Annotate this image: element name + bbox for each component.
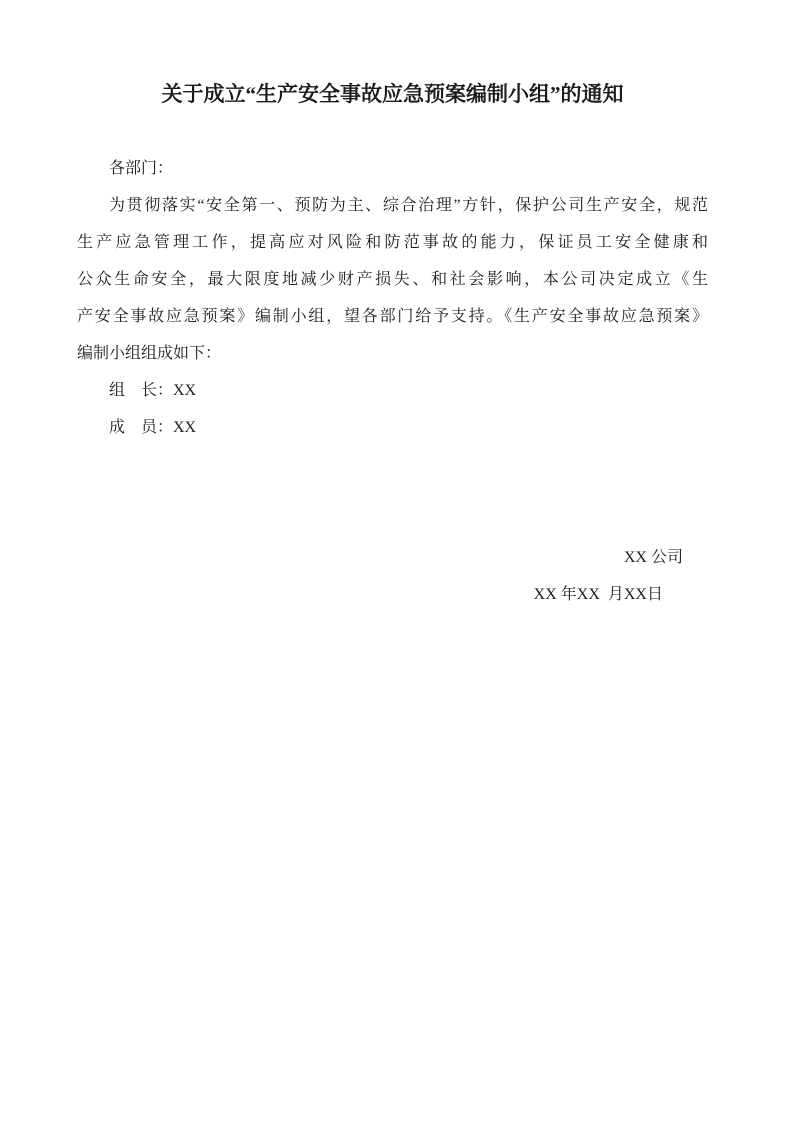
- body-line: 成 员：XX: [77, 409, 708, 446]
- signature-date: XX 年XX 月XX日: [77, 576, 708, 613]
- body-line: 各部门：: [77, 150, 708, 187]
- body-line: 组 长：XX: [77, 372, 708, 409]
- document-body: 各部门：为贯彻落实“安全第一、预防为主、综合治理”方针，保护公司生产安全，规范生…: [77, 150, 708, 446]
- body-line: 编制小组组成如下：: [77, 335, 708, 372]
- document-page: 关于成立“生产安全事故应急预案编制小组”的通知 各部门：为贯彻落实“安全第一、预…: [0, 0, 794, 1122]
- body-line: 公众生命安全，最大限度地减少财产损失、和社会影响，本公司决定成立《生: [77, 261, 708, 298]
- body-line: 生产应急管理工作，提高应对风险和防范事故的能力，保证员工安全健康和: [77, 224, 708, 261]
- document-title: 关于成立“生产安全事故应急预案编制小组”的通知: [77, 78, 708, 110]
- signature-company: XX 公司: [77, 539, 708, 576]
- signature-block: XX 公司 XX 年XX 月XX日: [77, 539, 708, 613]
- body-line: 产安全事故应急预案》编制小组，望各部门给予支持。《生产安全事故应急预案》: [77, 298, 708, 335]
- body-line: 为贯彻落实“安全第一、预防为主、综合治理”方针，保护公司生产安全，规范: [77, 187, 708, 224]
